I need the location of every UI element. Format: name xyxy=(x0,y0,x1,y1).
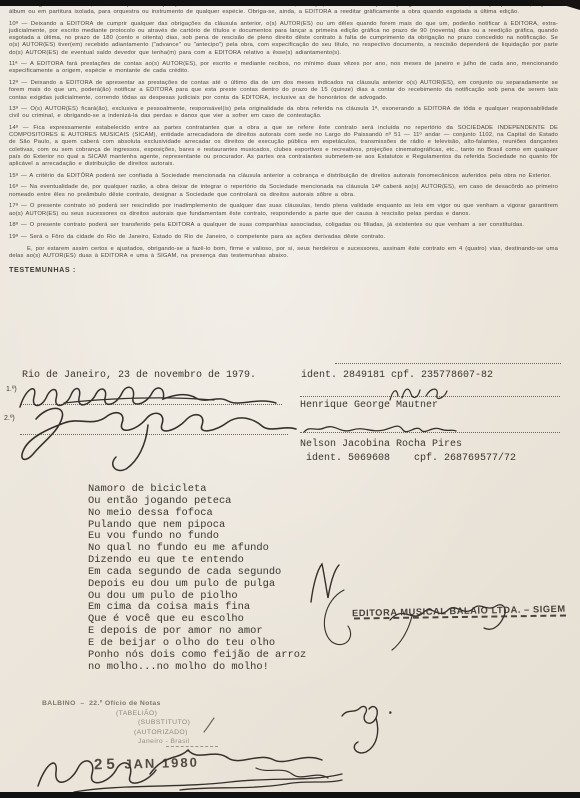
clause-paragraph: 12ª — Deixando a EDITORA de apresentar a… xyxy=(9,80,558,101)
place-date-line: Rio de Janeiro, 23 de novembro de 1979. xyxy=(22,370,256,381)
dotted-line-top-right xyxy=(335,363,561,364)
clause-paragraph: 19ª — Será o Fôro da cidade do Rio de Ja… xyxy=(9,234,558,241)
notary-stamp-line-text: (AUTORIZADO) xyxy=(42,728,272,738)
date-stamp: 25 JAN 1980 xyxy=(94,754,199,774)
signatory2-id-line: ident. 5069608 cpf. 268769577/72 xyxy=(306,453,516,464)
signatory1-signature xyxy=(386,385,450,403)
check-mark xyxy=(200,716,218,736)
clause-list: 10ª — Deixando a EDITORA de cumprir qual… xyxy=(9,21,558,241)
signatory1-id-line: ident. 2849181 cpf. 235778607-82 xyxy=(301,370,493,381)
notary-stamp-line-text: BALBINO – 22.º Ofício de Notas xyxy=(42,699,272,709)
clause-paragraph: 15ª — A critério da EDITÔRA poderá ser c… xyxy=(9,173,558,180)
notary-stamp-line-text: (SUBSTITUTO) xyxy=(42,718,272,728)
closing-paragraph: E, por estarem assim certos e ajustados,… xyxy=(9,246,558,260)
lyrics-line: Ou então jogando peteca xyxy=(88,496,306,508)
scan-edge-bottom xyxy=(0,792,580,798)
scan-edge-top xyxy=(0,0,580,6)
signatory2-name: Nelson Jacobina Rocha Pires xyxy=(300,439,462,450)
date-stamp-day: 25 xyxy=(94,756,119,774)
clause-paragraph: 10ª — Deixando a EDITORA de cumprir qual… xyxy=(9,21,558,57)
clause-paragraph: 13ª — O(s) AUTOR(ES) ficará(ão), exclusi… xyxy=(9,106,558,120)
clause-paragraph: 11ª — A EDITORA fará prestações de conta… xyxy=(9,61,558,75)
notary-stamp-line-text: (TABELIÃO) xyxy=(42,709,272,719)
lyrics-line: Depois eu dou um pulo de pulga xyxy=(88,579,306,591)
clause-paragraph: 16ª — Na eventualidade de, por qualquer … xyxy=(9,184,558,198)
clause-paragraph: 17ª — O presente contrato só poderá ser … xyxy=(9,203,558,217)
date-stamp-rest: JAN 1980 xyxy=(124,755,199,772)
lyrics-line: Em cada segundo de cada segundo xyxy=(88,567,306,579)
signatory2-signature xyxy=(300,420,460,438)
lyrics-line: no molho...no molho do molho! xyxy=(88,662,306,674)
song-lyrics: Namoro de bicicletaOu então jogando pete… xyxy=(88,484,306,674)
clause-paragraph: 18ª — O presente contrato poderá ser tra… xyxy=(9,222,558,229)
publisher-signature xyxy=(316,586,526,656)
clause-paragraph: 14ª — Fica expressamente estabelecido en… xyxy=(9,125,558,168)
witnesses-label: TESTEMUNHAS : xyxy=(9,265,558,274)
lyrics-line: Ponho nós dois como feijão de arroz xyxy=(88,650,306,662)
witness2-signature xyxy=(8,405,308,475)
scanned-contract-page: 9ª — Obriga-se a EDITORA, dentro do praz… xyxy=(0,0,580,798)
contract-clauses-block: 9ª — Obriga-se a EDITORA, dentro do praz… xyxy=(9,2,558,274)
notary-stamp: BALBINO – 22.º Ofício de Notas(TABELIÃO)… xyxy=(42,699,272,747)
lyrics-line: No meio dessa fofoca xyxy=(88,508,306,520)
